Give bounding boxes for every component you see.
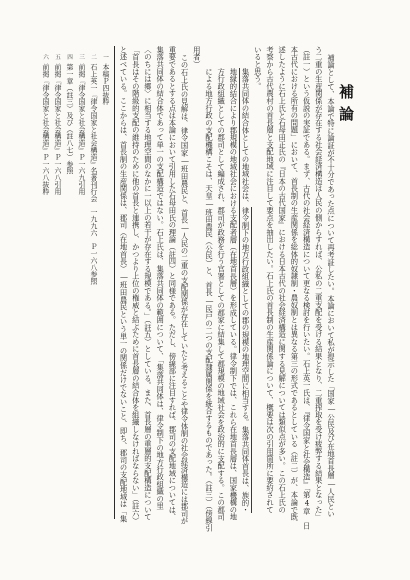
note-item: 一本稿Ｐ四抜粋: [99, 54, 111, 524]
note-item: 五前掲『律令国家と社会構造』Ｐ一六八引用: [51, 54, 63, 524]
text-run: 用者）: [193, 46, 202, 68]
note-text: 第一章（註三）及び（註八七）参照: [65, 64, 73, 174]
text-run: この石上氏の見解は、律令国家―班田農民と、首長―人民の二重の支配関係が存在してい…: [181, 54, 190, 525]
text-run: 方行政組織としての郡司として編成され、郡司が政務を行う官署としての郡家に結集して…: [217, 68, 226, 521]
note-text: 石上英一『律令国家と社会構造』名著刊行会 一九九六 Ｐ一六八参照: [89, 64, 97, 285]
text-run: 述したように石上氏と石母田正氏の『日本の古代国家』における日本古代の社会経済構造…: [278, 46, 287, 513]
text-run: 重要であるとする点は本論において引用した石母田氏の理論（註四）と同様である。ただ…: [168, 46, 177, 521]
scanned-paper-page: 補論 補論として、本論で特に論証が不十分であった点について再考証したい。本論にお…: [0, 0, 410, 580]
text-column: と述べている。ここからは、首長制の生産関係は、郡司（在地首長）―班田農民という単…: [117, 46, 129, 523]
emphasis-sideline-text: 地縁的結合により郡規模の地域社会における支配者層（在地首長層）を形成している。: [229, 68, 240, 353]
note-item: 三前掲『律令国家と社会構造』Ｐ一六九引用: [75, 54, 87, 524]
text-column: 考察から古代農村の首長層と支配地域に注目して要点を抽出したい。石上氏の首長制の生…: [264, 46, 276, 523]
text-column: この石上氏の見解は、律令国家―班田農民と、首長―人民の二重の支配関係が存在してい…: [178, 46, 190, 523]
text-column: （註一）という仮説の実証である。まず、古代の社会経済構造について更なる検討を行い…: [300, 46, 312, 523]
text-run: と述べている。ここからは、首長制の生産関係は、郡司（在地首長）―班田農民という単…: [120, 46, 129, 522]
page-title: 補論: [336, 84, 357, 128]
text-column: 本古代における所有の問題」において、首長制の生産関係を総体的奴隷制・農奴制とは異…: [288, 46, 300, 523]
note-number: 四: [66, 54, 72, 60]
text-run: 〈のちには郷〉に相当する地理空間のなかに一以上の若干が存在する規模である。」（註…: [144, 46, 153, 521]
note-text: 前掲『律令国家と社会構造』Ｐ一六九引用: [77, 64, 85, 195]
note-number: 六: [42, 54, 48, 60]
text-column: 集落共同体の結合体であって単一の支配構造ではない。石上氏は、集落共同体の範囲につ…: [154, 46, 166, 523]
notes-section: 一本稿Ｐ四抜粋二石上英一『律令国家と社会構造』名著刊行会 一九九六 Ｐ一六八参照…: [39, 54, 111, 524]
note-text: 本稿Ｐ四抜粋: [101, 64, 109, 105]
text-run: いると思う。: [254, 46, 263, 90]
text-run: う二重の生産関係が存在する社会経済構造は人民の側からすれば、公私の二重支配を受け…: [315, 46, 324, 521]
text-column: 方行政組織としての郡司として編成され、郡司が政務を行う官署としての郡家に結集して…: [215, 46, 227, 523]
note-number: 五: [54, 54, 60, 60]
note-text: 前掲『律令国家と社会構造』Ｐ一六八引用: [53, 64, 61, 195]
text-column: 重要であるとする点は本論において引用した石母田氏の理論（註四）と同様である。ただ…: [166, 46, 178, 523]
section-paragraph-2: この石上氏の見解は、律令国家―班田農民と、首長―人民の二重の支配関係が存在してい…: [117, 46, 190, 523]
text-column: う二重の生産関係が存在する社会経済構造は人民の側からすれば、公私の二重支配を受け…: [313, 46, 325, 523]
text-run: 律令制下では、これら在地首長層は、国家機構の地: [229, 353, 238, 521]
text-run: による地方行政の支配機構こそは、天皇―班田農民（公民）と、首長―民戸の二つの支配…: [205, 68, 214, 531]
text-column: 〈のちには郷〉に相当する地理空間のなかに一以上の若干が存在する規模である。」（註…: [142, 46, 154, 523]
text-column: 地縁的結合により郡規模の地域社会における支配者層（在地首長層）を形成している。律…: [227, 46, 239, 523]
notes-divider-rule: [114, 46, 115, 519]
text-column: 述したように石上氏と石母田正氏の『日本の古代国家』における日本古代の社会経済構造…: [276, 46, 288, 523]
section-quote-attribution: 用者）: [191, 46, 203, 523]
text-run: 「首長はその階級的支配の維持のために他の首長と連携し、かつより上位の権威と結ぶた…: [132, 46, 141, 524]
emphasis-sideline-text: 律令制下の地方行政組織としての郡の規模の地理空間に相当する。集落共同体首長は、族…: [242, 207, 253, 514]
section-quote: 集落共同体の結合体としての地域社会は、律令制下の地方行政組織としての郡の規模の地…: [203, 46, 252, 523]
note-item: 四第一章（註三）及び（註八七）参照: [63, 54, 75, 524]
text-column: いると思う。: [252, 46, 264, 523]
text-column: による地方行政の支配機構こそは、天皇―班田農民（公民）と、首長―民戸の二つの支配…: [203, 46, 215, 523]
note-number: 一: [102, 54, 108, 60]
text-run: 考察から古代農村の首長層と支配地域に注目して要点を抽出したい。石上氏の首長制の生…: [266, 46, 275, 513]
text-run: 補論として、本論で特に論証が不十分であった点について再考証したい。本論において私…: [327, 54, 336, 517]
text-column: 補論として、本論で特に論証が不十分であった点について再考証したい。本論において私…: [325, 46, 337, 523]
text-column: 集落共同体の結合体としての地域社会は、律令制下の地方行政組織としての郡の規模の地…: [239, 46, 251, 523]
note-item: 二石上英一『律令国家と社会構造』名著刊行会 一九九六 Ｐ一六八参照: [87, 54, 99, 524]
text-run: （註一）という仮説の実証である。まず、古代の社会経済構造について更なる検討を行い…: [303, 46, 312, 530]
text-column: 「首長はその階級的支配の維持のために他の首長と連携し、かつより上位の権威と結ぶた…: [130, 46, 142, 523]
body-text: 補論として、本論で特に論証が不十分であった点について再考証したい。本論において私…: [117, 46, 337, 523]
note-number: 二: [90, 54, 96, 60]
text-run: 集落共同体の結合体としての地域社会は、: [242, 68, 251, 207]
note-item: 六前掲『律令国家と社会構造』Ｐ一六八抜粋: [39, 54, 51, 524]
text-run: 集落共同体の結合体であって単一の支配構造ではない。石上氏は、集落共同体の範囲につ…: [156, 46, 165, 510]
text-column: 用者）: [191, 46, 203, 523]
note-number: 三: [78, 54, 84, 60]
note-text: 前掲『律令国家と社会構造』Ｐ一六八抜粋: [41, 64, 49, 195]
section-paragraph-1: 補論として、本論で特に論証が不十分であった点について再考証したい。本論において私…: [252, 46, 337, 523]
text-run: 本古代における所有の問題」において、首長制の生産関係を総体的奴隷制・農奴制とは異…: [290, 46, 299, 521]
